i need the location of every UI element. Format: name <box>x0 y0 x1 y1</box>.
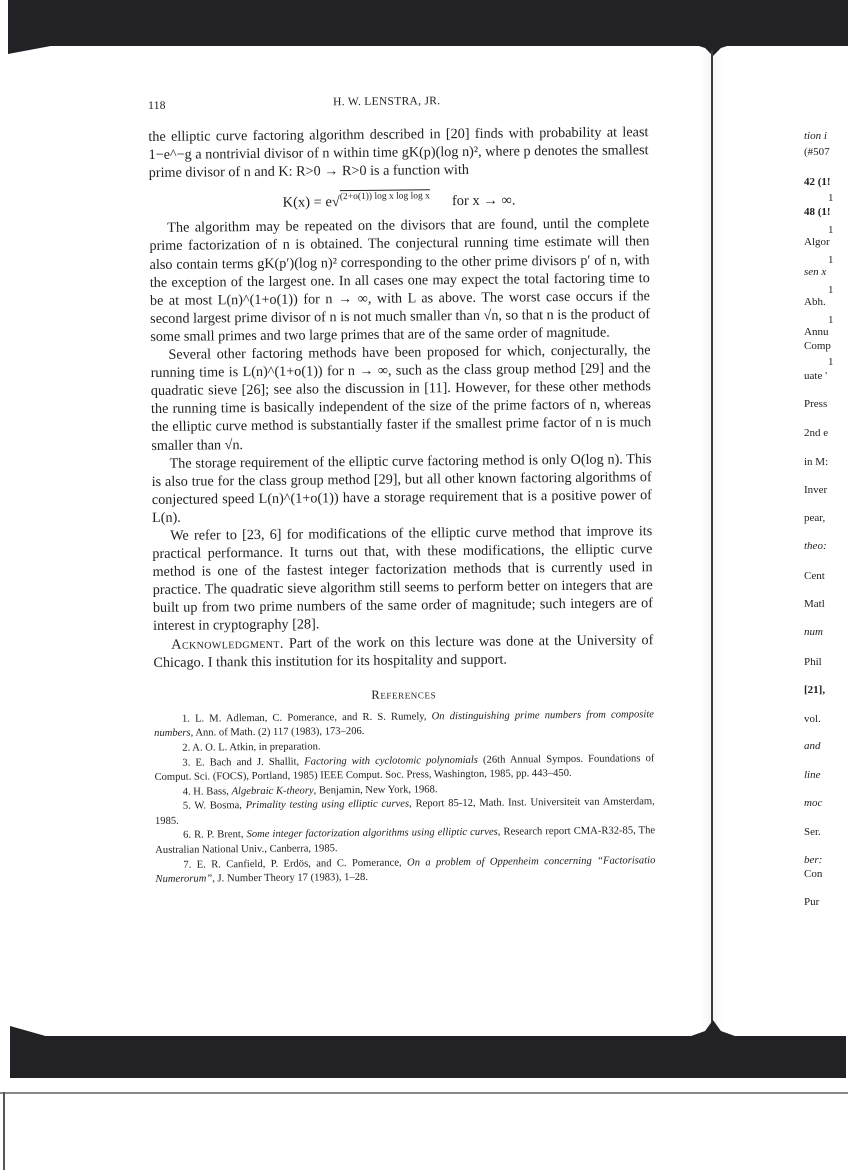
facing-page-text-fragment: theo: <box>804 540 827 552</box>
facing-page-text-fragment: Cent <box>804 570 825 582</box>
facing-page-text-fragment: 1 <box>828 284 834 296</box>
facing-page-text-fragment: in M: <box>804 456 828 468</box>
facing-page-text-fragment: Inver <box>804 484 827 496</box>
facing-page-text-fragment: 48 (1! <box>804 206 831 218</box>
facing-page-text-fragment: num <box>804 626 823 638</box>
sqrt-sign: √ <box>332 194 340 210</box>
facing-page-text-fragment: 1 <box>828 356 834 368</box>
next-scan-sheet-edge <box>0 1092 848 1094</box>
paragraph: We refer to [23, 6] for modifications of… <box>152 522 653 635</box>
running-head: 118 H. W. LENSTRA, JR. <box>148 91 648 118</box>
paragraph: The algorithm may be repeated on the div… <box>149 215 650 346</box>
formula-K: K(x) = e√(2+o(1)) log x log log xfor x →… <box>149 185 649 213</box>
facing-page-text-fragment: line <box>804 769 821 781</box>
next-scan-sheet-left-edge <box>3 1092 5 1170</box>
facing-page-text-fragment: vol. <box>804 713 821 725</box>
body-text: the elliptic curve factoring algorithm d… <box>148 123 653 671</box>
reference-item: 6. R. P. Brent, Some integer factorizati… <box>155 825 655 859</box>
page-number: 118 <box>148 100 166 112</box>
facing-page-text-fragment: 1 <box>828 192 834 204</box>
formula-lhs: K(x) = e <box>283 195 332 211</box>
facing-page-text-fragment: Pur <box>804 896 819 908</box>
paragraph: The storage requirement of the elliptic … <box>151 450 652 527</box>
scan-border-bottom <box>10 1036 846 1078</box>
references-list: 1. L. M. Adleman, C. Pomerance, and R. S… <box>154 708 656 888</box>
facing-page-text-fragment: 1 <box>828 314 834 326</box>
references-heading: References <box>154 685 654 705</box>
acknowledgment-label: Acknowledgment. <box>171 635 284 652</box>
facing-page-text-fragment: Matl <box>804 598 825 610</box>
scan-border-top <box>8 0 848 46</box>
facing-page-text-fragment: 2nd e <box>804 427 828 439</box>
facing-page-text-fragment: pear, <box>804 512 825 524</box>
facing-page-text-fragment: uate ' <box>804 370 827 382</box>
facing-page-text-fragment: Press <box>804 398 827 410</box>
paragraph: Several other factoring methods have bee… <box>150 341 651 454</box>
reference-item: 7. E. R. Canfield, P. Erdös, and C. Pome… <box>155 854 655 888</box>
paragraph: the elliptic curve factoring algorithm d… <box>148 123 648 182</box>
book-page: 118 H. W. LENSTRA, JR. the elliptic curv… <box>148 91 656 888</box>
running-title: H. W. LENSTRA, JR. <box>333 95 440 108</box>
facing-page-text-fragment: Algor <box>804 236 830 248</box>
facing-page-text-fragment: Comp <box>804 340 831 352</box>
formula-exponent: (2+o(1)) log x log log x <box>340 190 430 203</box>
facing-page-text-fragment: tion i <box>804 130 827 142</box>
reference-item: 1. L. M. Adleman, C. Pomerance, and R. S… <box>154 708 654 742</box>
facing-page-text-fragment: Annu <box>804 326 828 338</box>
scan-border-top-curve <box>8 40 68 54</box>
formula-condition: for x → ∞. <box>452 193 516 210</box>
facing-page-text-fragment: ber: <box>804 854 822 866</box>
facing-page-text-fragment: Con <box>804 868 822 880</box>
facing-page-text-fragment: 1 <box>828 224 834 236</box>
facing-page-text-fragment: Ser. <box>804 826 821 838</box>
book-gutter-line <box>711 50 713 1030</box>
acknowledgment: Acknowledgment. Part of the work on this… <box>153 631 653 672</box>
facing-page-text-fragment: moc <box>804 797 822 809</box>
facing-page-text-fragment: Abh. <box>804 296 826 308</box>
reference-item: 3. E. Bach and J. Shallit, Factoring wit… <box>154 752 654 786</box>
facing-page-fragment: tion i(#50742 (1!148 (1!1Algor1sen x1Abh… <box>804 130 848 930</box>
facing-page-text-fragment: (#507 <box>804 146 830 158</box>
facing-page-text-fragment: [21], <box>804 684 825 696</box>
reference-item: 5. W. Bosma, Primality testing using ell… <box>155 795 655 829</box>
facing-page-text-fragment: 1 <box>828 254 834 266</box>
facing-page-text-fragment: and <box>804 740 821 752</box>
facing-page-text-fragment: 42 (1! <box>804 176 831 188</box>
facing-page-text-fragment: sen x <box>804 266 826 278</box>
facing-page-text-fragment: Phil <box>804 656 822 668</box>
